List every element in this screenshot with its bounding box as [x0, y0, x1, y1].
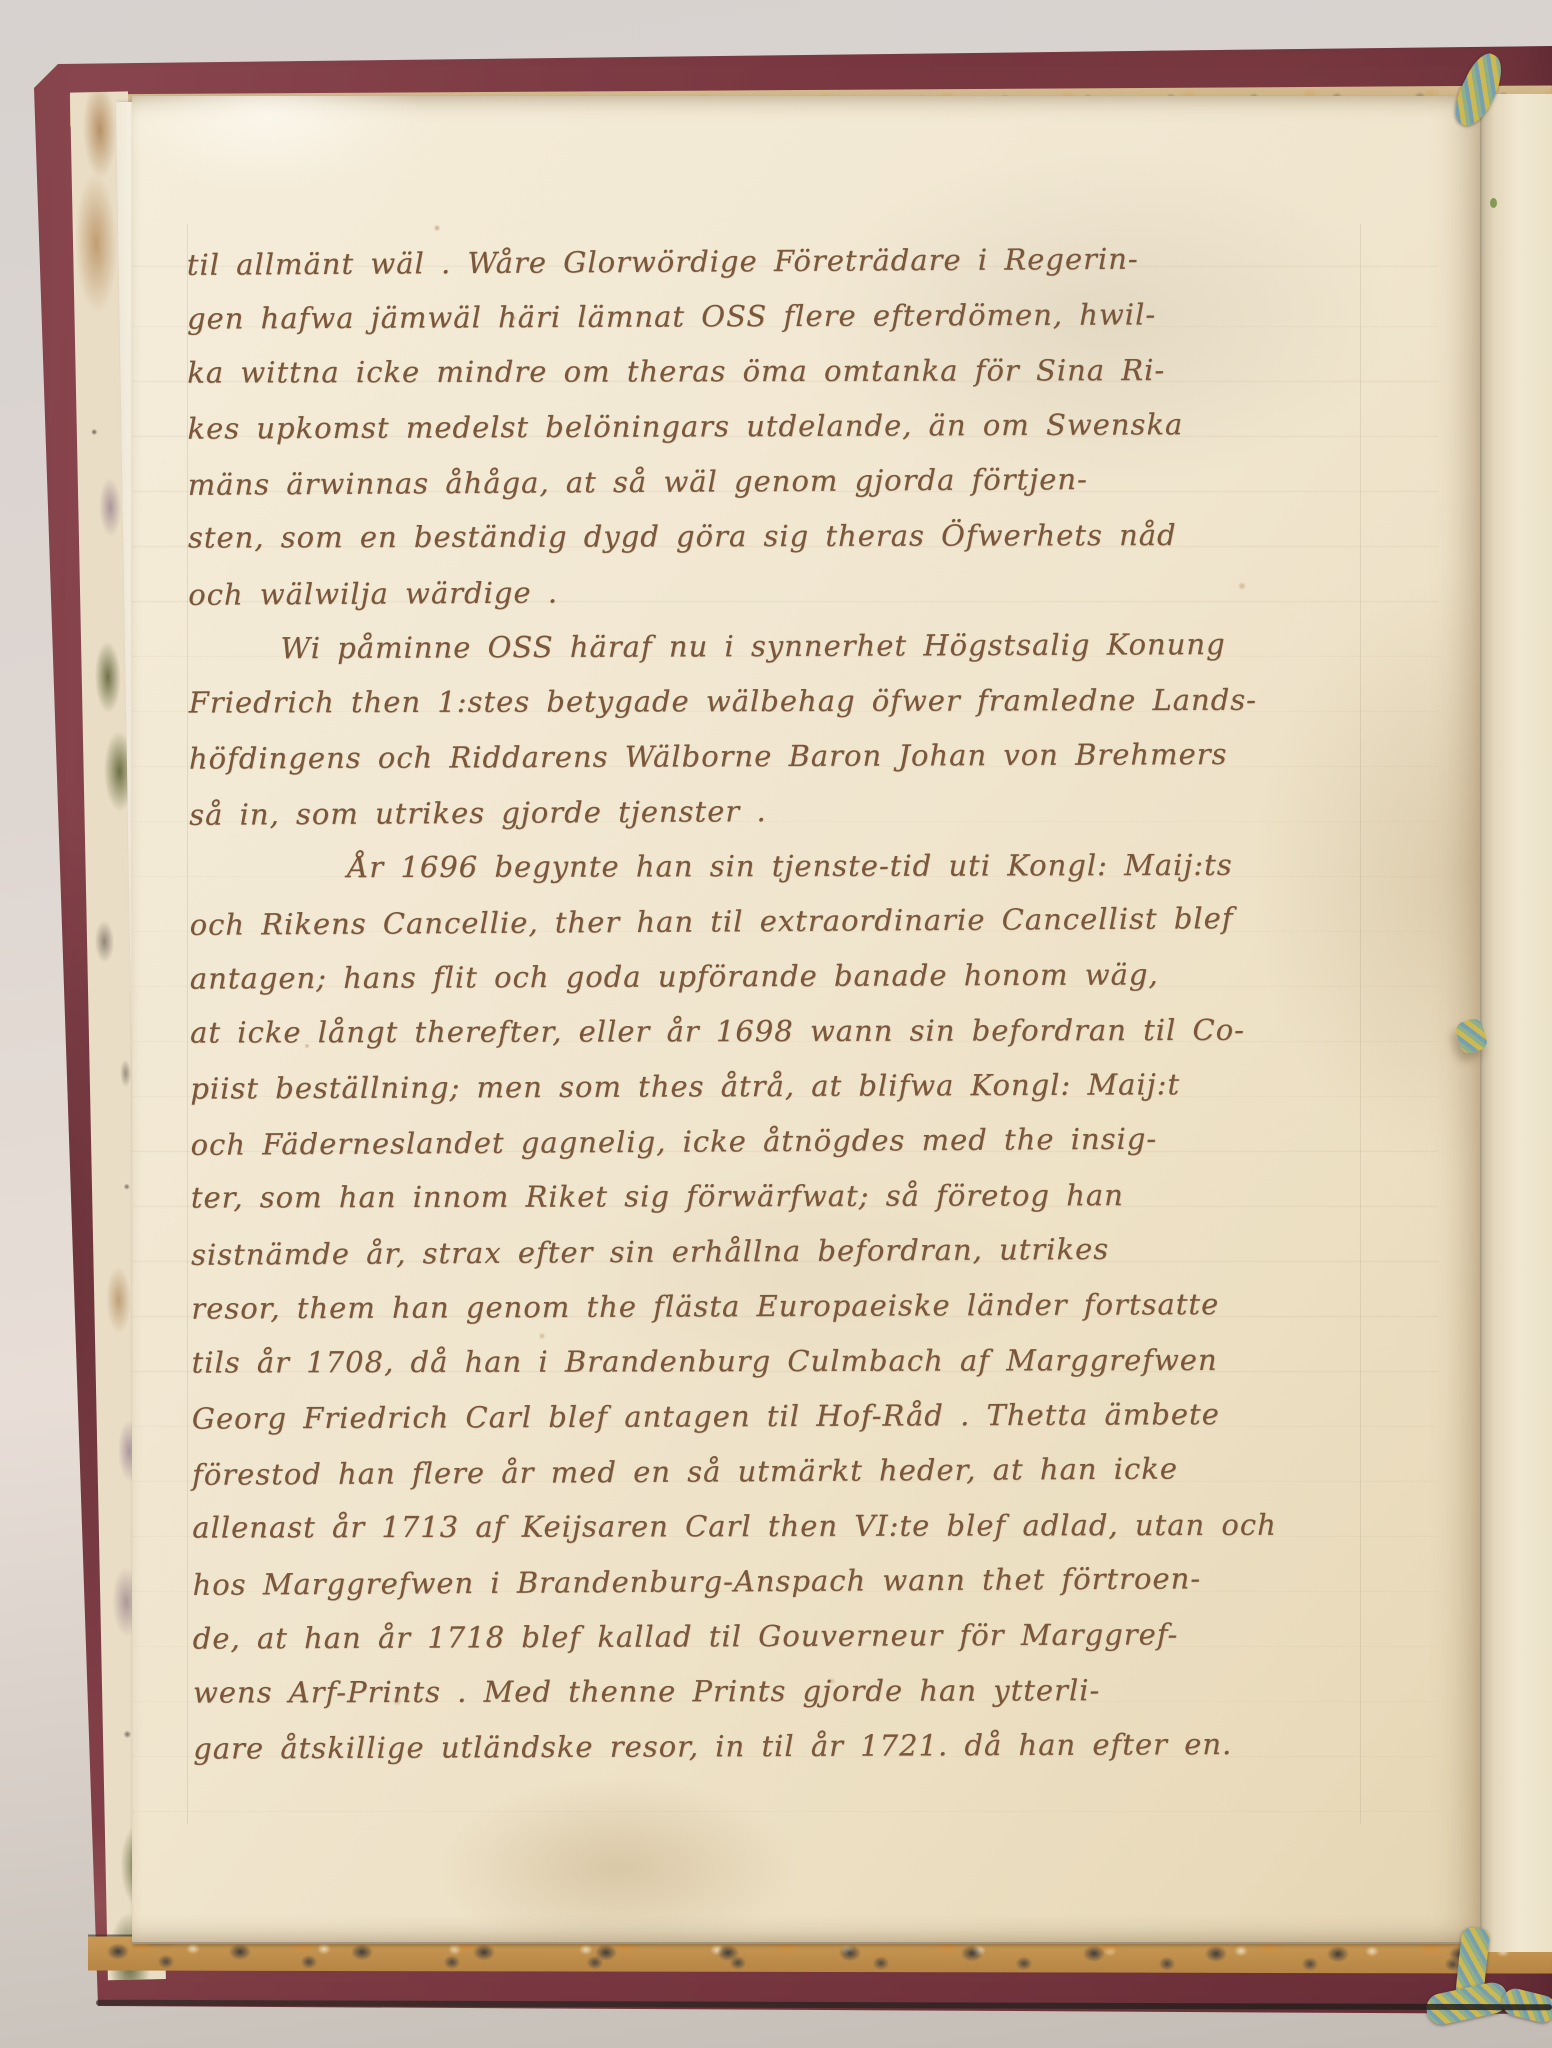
manuscript-text: til allmänt wäl . Wåre Glorwördige Föret…: [187, 231, 1384, 1776]
text-line: kes upkomst medelst belöningars utdeland…: [187, 396, 1377, 456]
text-line: mäns ärwinnas åhåga, at så wäl genom gjo…: [188, 450, 1378, 513]
text-line: så in, som utrikes gjorde tjenster .: [189, 780, 1379, 843]
text-line: År 1696 begynte han sin tjenste-tid uti …: [189, 837, 1379, 895]
text-line: förestod han flere år med en så utmärkt …: [192, 1440, 1382, 1503]
text-line: och Rikens Cancellie, ther han til extra…: [189, 890, 1379, 953]
text-line: Wi påminne OSS häraf nu i synnerhet Högs…: [188, 616, 1378, 676]
text-line: Friedrich then 1:stes betygade wälbehag …: [189, 672, 1379, 730]
text-line: hos Marggrefwen i Brandenburg-Anspach wa…: [192, 1550, 1382, 1613]
text-line: resor, them han genom the flästa Europae…: [191, 1276, 1381, 1336]
text-line: de, at han år 1718 blef kallad til Gouve…: [193, 1606, 1383, 1666]
text-line: piist beställning; men som thes åtrå, at…: [190, 1056, 1380, 1116]
text-line: höfdingens och Riddarens Wälborne Baron …: [189, 726, 1379, 786]
text-line: ter, som han innom Riket sig förwärfwat;…: [191, 1167, 1381, 1225]
scanned-book-photo: til allmänt wäl . Wåre Glorwördige Föret…: [0, 0, 1552, 2048]
text-line: wens Arf-Prints . Med thenne Prints gjor…: [193, 1662, 1383, 1720]
text-line: och Fäderneslandet gagnelig, icke åtnögd…: [190, 1110, 1380, 1173]
green-fiber-fleck: [1490, 198, 1497, 208]
text-line: antagen; hans flit och goda upförande ba…: [190, 946, 1380, 1006]
text-line: allenast år 1713 af Keijsaren Carl then …: [192, 1497, 1382, 1555]
text-line: ka wittna icke mindre om theras öma omta…: [187, 342, 1377, 400]
text-line: gen hafwa jämwäl häri lämnat OSS flere e…: [187, 286, 1377, 346]
text-line: til allmänt wäl . Wåre Glorwördige Föret…: [187, 230, 1377, 293]
text-line: sten, som en beständig dygd göra sig the…: [188, 507, 1378, 565]
text-line: sistnämde år, strax efter sin erhållna b…: [191, 1220, 1381, 1283]
text-line: och wälwilja wärdige .: [188, 560, 1378, 623]
manuscript-page: til allmänt wäl . Wåre Glorwördige Föret…: [132, 96, 1480, 1944]
text-line: at icke långt therefter, eller år 1698 w…: [190, 1002, 1380, 1060]
text-line: gare åtskillige utländske resor, in til …: [193, 1716, 1383, 1776]
text-line: tils år 1708, då han i Brandenburg Culmb…: [191, 1332, 1381, 1390]
next-page-leaf: [1478, 94, 1552, 1952]
text-line: Georg Friedrich Carl blef antagen til Ho…: [192, 1386, 1382, 1446]
